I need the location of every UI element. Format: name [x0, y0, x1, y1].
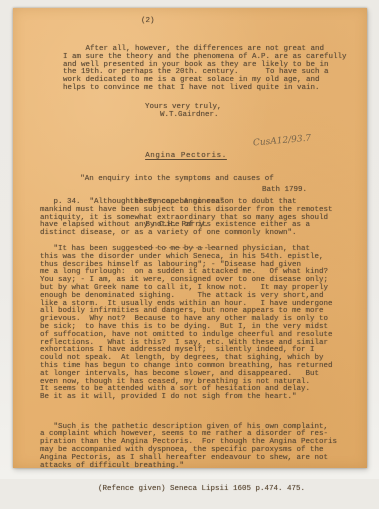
work-title-line-1: "An enquiry into the symptoms and causes… — [0, 176, 354, 184]
page-number: (2) — [141, 18, 155, 26]
letter-paragraph: After all, however, the differences are … — [63, 46, 347, 93]
quoted-paragraph-2: "It has been suggested to me by a learne… — [40, 246, 333, 402]
section-heading-text: Angina Pectoris. — [145, 152, 227, 160]
quoted-paragraph-1: p. 34. "Although there can be no reason … — [40, 199, 333, 238]
publication-date: Bath 1799. — [262, 187, 307, 195]
quoted-paragraph-3-text: "Such is the pathetic description given … — [40, 424, 337, 471]
document-page: (2) After all, however, the differences … — [13, 8, 367, 468]
quoted-paragraph-3: "Such is the pathetic description given … — [40, 408, 337, 479]
letter-signature: W.T.Gairdner. — [160, 112, 219, 120]
